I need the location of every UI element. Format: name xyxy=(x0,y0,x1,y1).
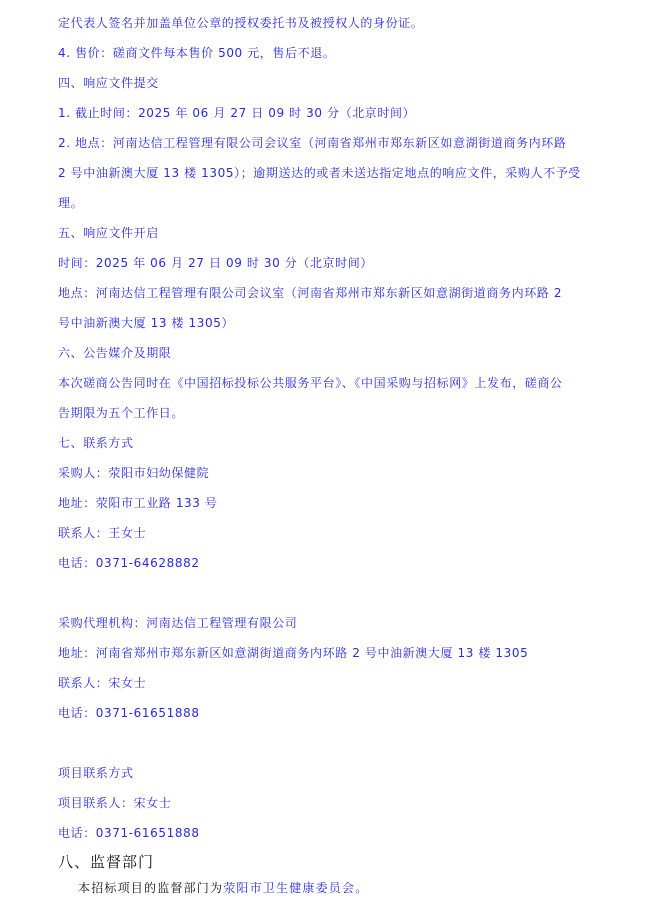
text-line-agency-contact: 联系人：宋女士 xyxy=(58,676,146,690)
text-line-id-card: 定代表人签名并加盖单位公章的授权委托书及被授权人的身份证。 xyxy=(58,16,423,30)
text-line-purchaser: 采购人：荥阳市妇幼保健院 xyxy=(58,466,209,480)
section-heading-contact: 七、联系方式 xyxy=(58,436,134,450)
text-line-project-contact-heading: 项目联系方式 xyxy=(58,766,134,780)
text-line-opening-location-1: 地点：河南达信工程管理有限公司会议室（河南省郑州市郑东新区如意湖街道商务内环路 … xyxy=(58,286,562,300)
section-heading-media: 六、公告媒介及期限 xyxy=(58,346,171,360)
text-line-opening-time: 时间：2025 年 06 月 27 日 09 时 30 分（北京时间） xyxy=(58,256,373,270)
text-line-purchaser-address: 地址：荥阳市工业路 133 号 xyxy=(58,496,218,510)
text-line-deadline: 1. 截止时间：2025 年 06 月 27 日 09 时 30 分（北京时间） xyxy=(58,106,415,120)
text-line-project-contact: 项目联系人：宋女士 xyxy=(58,796,171,810)
text-line-agency-phone: 电话：0371-61651888 xyxy=(58,706,200,720)
text-line-purchaser-contact: 联系人：王女士 xyxy=(58,526,146,540)
text-line-location-1: 2. 地点：河南达信工程管理有限公司会议室（河南省郑州市郑东新区如意湖街道商务内… xyxy=(58,136,566,150)
text-line-agency-address: 地址：河南省郑州市郑东新区如意湖街道商务内环路 2 号中油新澳大厦 13 楼 1… xyxy=(58,646,528,660)
text-line-media-1: 本次磋商公告同时在《中国招标投标公共服务平台》、《中国采购与招标网》上发布，磋商… xyxy=(58,376,563,390)
text-line-price: 4. 售价：磋商文件每本售价 500 元，售后不退。 xyxy=(58,46,335,60)
text-line-opening-location-2: 号中油新澳大厦 13 楼 1305） xyxy=(58,316,234,330)
supervision-prefix: 本招标项目的监督部门为 xyxy=(78,881,223,895)
section-heading-submission: 四、响应文件提交 xyxy=(58,76,159,90)
text-line-supervision: 本招标项目的监督部门为荥阳市卫生健康委员会。 xyxy=(78,881,368,895)
supervision-department: 荥阳市卫生健康委员会。 xyxy=(223,881,368,895)
section-heading-opening: 五、响应文件开启 xyxy=(58,226,159,240)
text-line-media-2: 告期限为五个工作日。 xyxy=(58,406,184,420)
section-heading-supervision: 八、监督部门 xyxy=(58,853,154,871)
text-line-location-3: 理。 xyxy=(58,196,83,210)
text-line-agency: 采购代理机构：河南达信工程管理有限公司 xyxy=(58,616,297,630)
text-line-location-2: 2 号中油新澳大厦 13 楼 1305）；逾期送达的或者未送达指定地点的响应文件… xyxy=(58,166,581,180)
text-line-project-phone: 电话：0371-61651888 xyxy=(58,826,200,840)
text-line-purchaser-phone: 电话：0371-64628882 xyxy=(58,556,200,570)
